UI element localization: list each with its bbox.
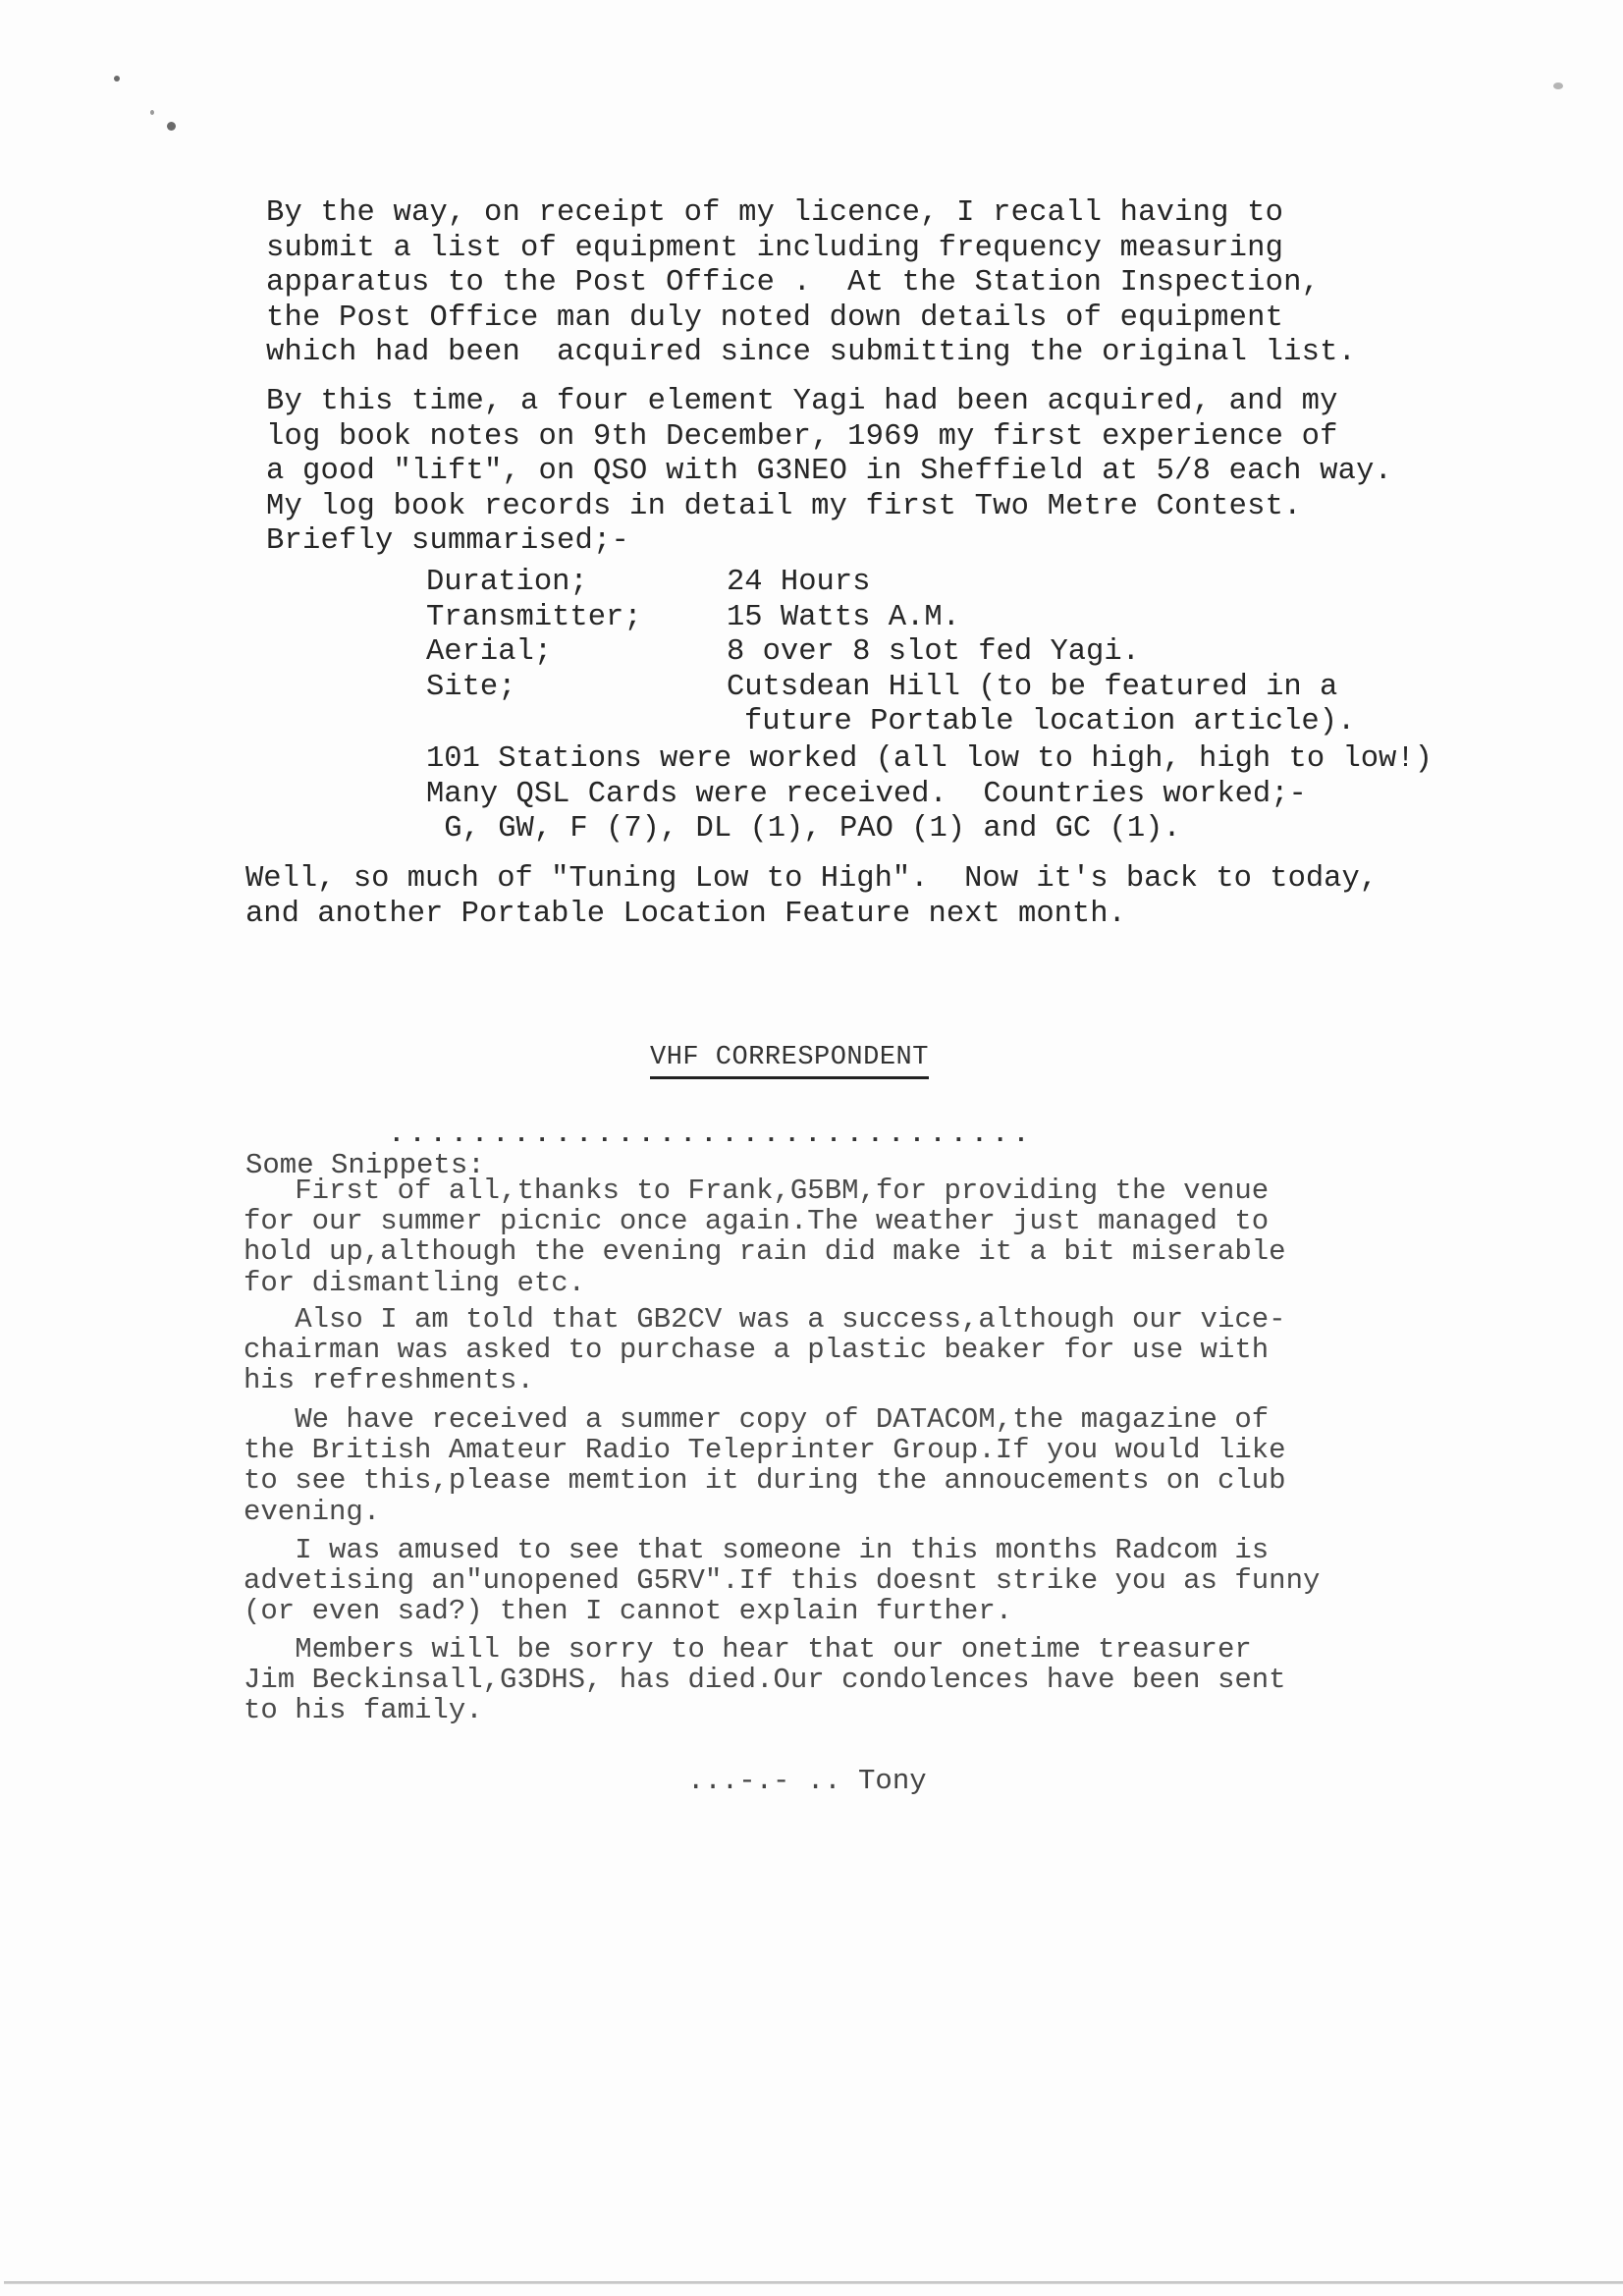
summary-row-site: Site; Cutsdean Hill (to be featured in a: [426, 671, 1355, 706]
text-line: and another Portable Location Feature ne…: [245, 898, 1378, 933]
summary-value: 8 over 8 slot fed Yagi.: [727, 635, 1140, 671]
text-line: 101 Stations were worked (all low to hig…: [426, 742, 1433, 778]
snippet-picnic: First of all,thanks to Frank,G5BM,for pr…: [243, 1175, 1540, 1298]
text-line: chairman was asked to purchase a plastic…: [243, 1335, 1540, 1365]
signoff: ...-.- .. Tony: [687, 1765, 927, 1797]
text-line: First of all,thanks to Frank,G5BM,for pr…: [243, 1175, 1540, 1206]
text-line: (or even sad?) then I cannot explain fur…: [243, 1596, 1540, 1626]
text-line: apparatus to the Post Office . At the St…: [266, 266, 1562, 301]
text-line: My log book records in detail my first T…: [266, 490, 1562, 525]
paragraph-closing: Well, so much of "Tuning Low to High". N…: [245, 862, 1378, 932]
summary-row-aerial: Aerial; 8 over 8 slot fed Yagi.: [426, 635, 1355, 671]
text-line: submit a list of equipment including fre…: [266, 232, 1562, 267]
paragraph-stations-worked: 101 Stations were worked (all low to hig…: [426, 742, 1433, 847]
summary-label: Transmitter;: [426, 601, 727, 636]
text-line: Members will be sorry to hear that our o…: [243, 1634, 1540, 1665]
summary-row-duration: Duration; 24 Hours: [426, 566, 1355, 601]
text-line: to his family.: [243, 1695, 1540, 1725]
text-line: Also I am told that GB2CV was a success,…: [243, 1304, 1540, 1335]
text-line: his refreshments.: [243, 1365, 1540, 1395]
text-line: advetising an"unopened G5RV".If this doe…: [243, 1565, 1540, 1596]
scan-speck: [167, 122, 176, 131]
paragraph-licence: By the way, on receipt of my licence, I …: [266, 196, 1562, 371]
summary-value-continuation: future Portable location article).: [727, 705, 1355, 740]
text-line: By the way, on receipt of my licence, I …: [266, 196, 1562, 232]
text-line: the Post Office man duly noted down deta…: [266, 301, 1562, 337]
text-line: Jim Beckinsall,G3DHS, has died.Our condo…: [243, 1665, 1540, 1695]
text-line: log book notes on 9th December, 1969 my …: [266, 420, 1562, 456]
text-line: for our summer picnic once again.The wea…: [243, 1206, 1540, 1236]
text-line: By this time, a four element Yagi had be…: [266, 385, 1562, 420]
text-line: hold up,although the evening rain did ma…: [243, 1236, 1540, 1267]
text-line: G, GW, F (7), DL (1), PAO (1) and GC (1)…: [426, 812, 1433, 847]
summary-value: Cutsdean Hill (to be featured in a: [727, 671, 1337, 706]
snippet-gb2cv: Also I am told that GB2CV was a success,…: [243, 1304, 1540, 1396]
scan-speck: [114, 76, 120, 82]
scan-speck: [1553, 82, 1563, 89]
text-line: evening.: [243, 1497, 1540, 1527]
text-line: I was amused to see that someone in this…: [243, 1535, 1540, 1565]
text-line: which had been acquired since submitting…: [266, 336, 1562, 371]
summary-row-site-cont: future Portable location article).: [426, 705, 1355, 740]
summary-label: Site;: [426, 671, 727, 706]
snippet-radcom: I was amused to see that someone in this…: [243, 1535, 1540, 1627]
summary-value: 15 Watts A.M.: [727, 601, 960, 636]
dotted-divider: ...............................: [389, 1120, 1034, 1149]
summary-label: Aerial;: [426, 635, 727, 671]
scan-speck: [150, 110, 154, 115]
text-line: to see this,please memtion it during the…: [243, 1465, 1540, 1496]
summary-label: Duration;: [426, 566, 727, 601]
text-line: Briefly summarised;-: [266, 524, 1562, 560]
snippet-datacom: We have received a summer copy of DATACO…: [243, 1404, 1540, 1527]
text-line: Well, so much of "Tuning Low to High". N…: [245, 862, 1378, 898]
scanned-page: By the way, on receipt of my licence, I …: [0, 0, 1623, 2296]
paragraph-yagi: By this time, a four element Yagi had be…: [266, 385, 1562, 560]
summary-row-transmitter: Transmitter; 15 Watts A.M.: [426, 601, 1355, 636]
text-line: Many QSL Cards were received. Countries …: [426, 778, 1433, 813]
text-line: We have received a summer copy of DATACO…: [243, 1404, 1540, 1435]
contest-summary: Duration; 24 Hours Transmitter; 15 Watts…: [426, 566, 1355, 740]
text-line: the British Amateur Radio Teleprinter Gr…: [243, 1435, 1540, 1465]
text-line: a good "lift", on QSO with G3NEO in Shef…: [266, 455, 1562, 490]
text-line: for dismantling etc.: [243, 1268, 1540, 1298]
snippet-obituary: Members will be sorry to hear that our o…: [243, 1634, 1540, 1726]
section-heading-vhf: VHF CORRESPONDENT: [650, 1043, 929, 1079]
summary-value: 24 Hours: [727, 566, 870, 601]
page-edge-shadow: [4, 2281, 1623, 2284]
